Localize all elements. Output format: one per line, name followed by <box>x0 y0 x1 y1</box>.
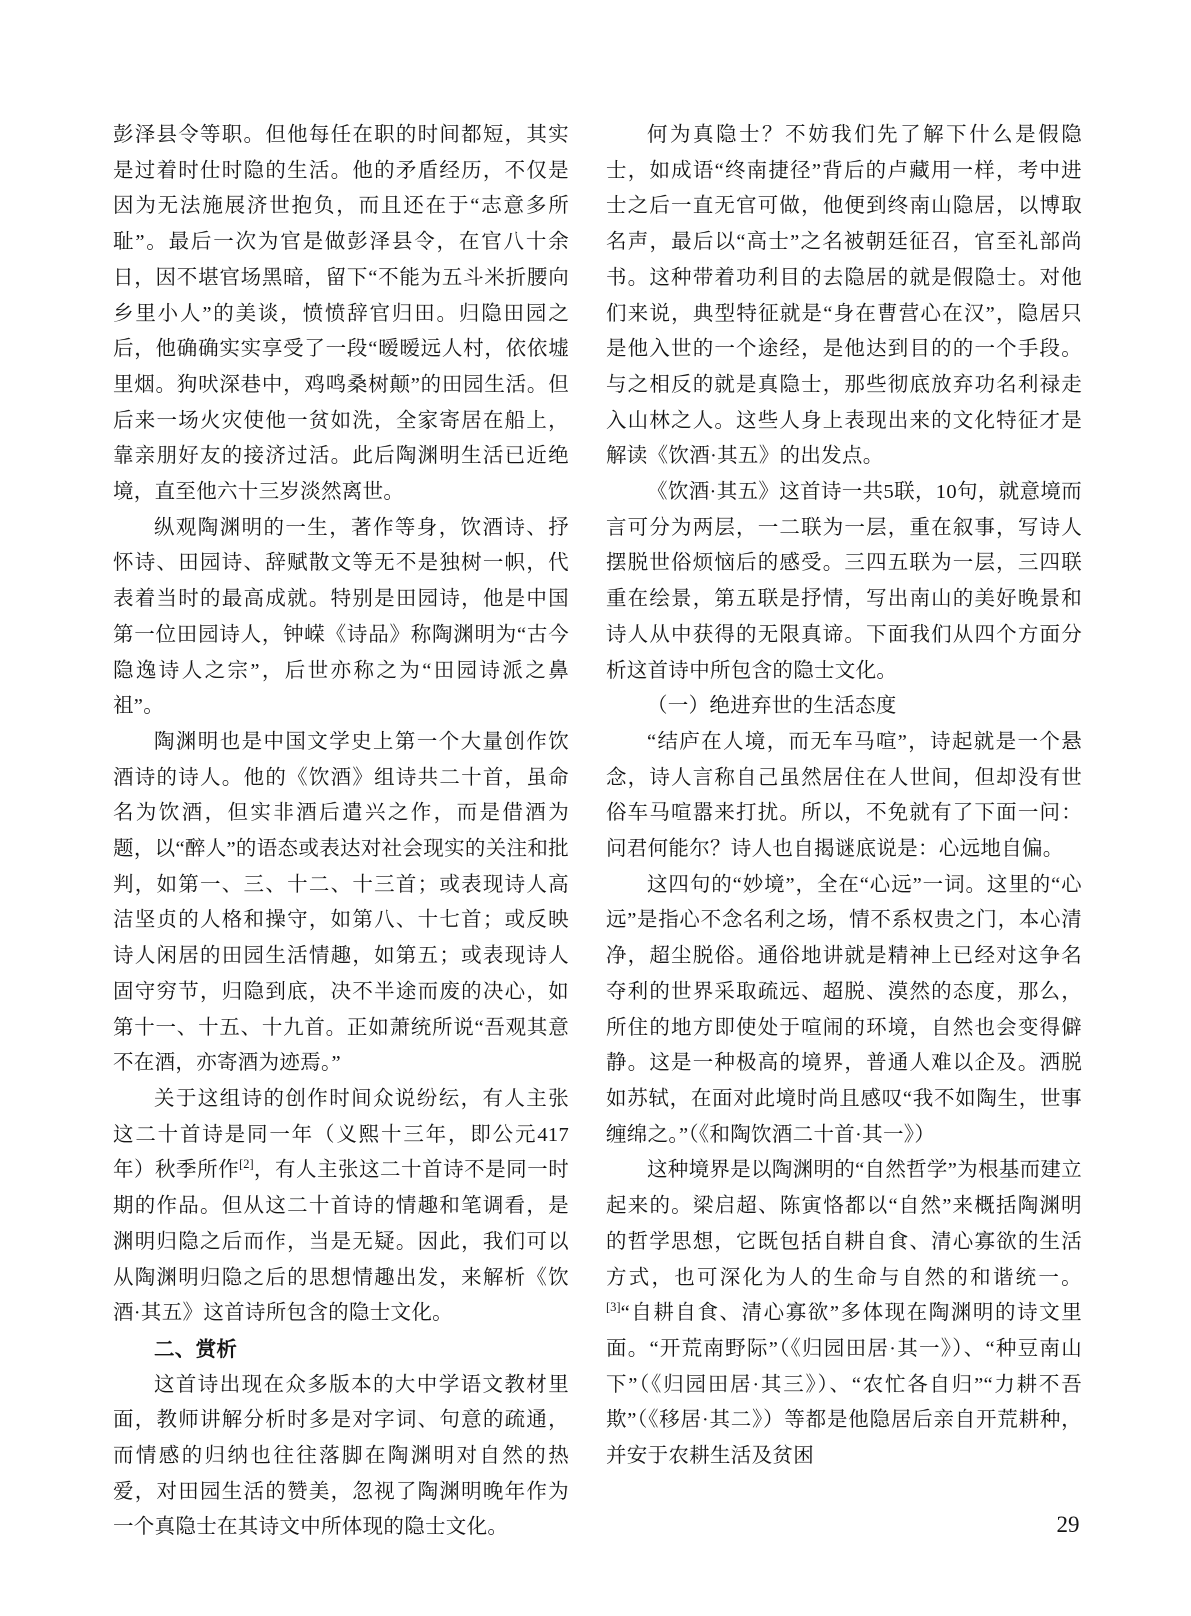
paragraph-biography-continuation: 彭泽县令等职。但他每任在职的时间都短，其实是过着时仕时隐的生活。他的矛盾经历，不… <box>113 118 569 511</box>
paragraph-xinyuan-analysis: 这四句的“妙境”，全在“心远”一词。这里的“心远”是指心不念名利之场，情不系权贵… <box>606 868 1082 1154</box>
paragraph-career-overview: 纵观陶渊明的一生，著作等身，饮酒诗、抒怀诗、田园诗、辞赋散文等无不是独树一帜，代… <box>113 511 569 725</box>
paragraph-drinking-poems: 陶渊明也是中国文学史上第一个大量创作饮酒诗的诗人。他的《饮酒》组诗共二十首，虽命… <box>113 725 569 1082</box>
two-column-text-area: 彭泽县令等职。但他每任在职的时间都短，其实是过着时仕时隐的生活。他的矛盾经历，不… <box>113 118 1082 1546</box>
left-column: 彭泽县令等职。但他每任在职的时间都短，其实是过着时仕时隐的生活。他的矛盾经历，不… <box>113 118 569 1546</box>
footnote-ref-3: [3] <box>606 1300 621 1314</box>
paragraph-natural-philosophy: 这种境界是以陶渊明的“自然哲学”为根基而建立起来的。梁启超、陈寅恪都以“自然”来… <box>606 1153 1082 1474</box>
subsection-heading-life-attitude: （一）绝进弃世的生活态度 <box>606 689 1082 725</box>
footnote-post-text: ，有人主张这二十首诗不是同一时期的作品。但从这二十首诗的情趣和笔调看，是渊明归隐… <box>113 1159 569 1324</box>
footnote-ref-2: [2] <box>239 1158 254 1172</box>
paragraph-poem-structure: 《饮酒·其五》这首诗一共5联，10句，就意境而言可分为两层，一二联为一层，重在叙… <box>606 475 1082 689</box>
right-column: 何为真隐士？不妨我们先了解下什么是假隐士，如成语“终南捷径”背后的卢藏用一样，考… <box>606 118 1082 1546</box>
paragraph-opening-couplet: “结庐在人境，而无车马喧”，诗起就是一个悬念，诗人言称自己虽然居住在人世间，但却… <box>606 725 1082 868</box>
page-number: 29 <box>1046 1510 1090 1540</box>
section-heading-appreciation: 二、赏析 <box>113 1332 569 1368</box>
paragraph-composition-date: 关于这组诗的创作时间众说纷纭，有人主张这二十首诗是同一年（义熙十三年，即公元41… <box>113 1082 569 1332</box>
paragraph-textbook-context: 这首诗出现在众多版本的大中学语文教材里面，教师讲解分析时多是对字词、句意的疏通，… <box>113 1368 569 1547</box>
footnote-post-text: “自耕自食、清心寡欲”多体现在陶渊明的诗文里面。“开荒南野际”（《归园田居·其一… <box>606 1302 1082 1467</box>
footnote-pre-text: 这种境界是以陶渊明的“自然哲学”为根基而建立起来的。梁启超、陈寅恪都以“自然”来… <box>606 1159 1082 1288</box>
paragraph-true-vs-fake-hermit: 何为真隐士？不妨我们先了解下什么是假隐士，如成语“终南捷径”背后的卢藏用一样，考… <box>606 118 1082 475</box>
